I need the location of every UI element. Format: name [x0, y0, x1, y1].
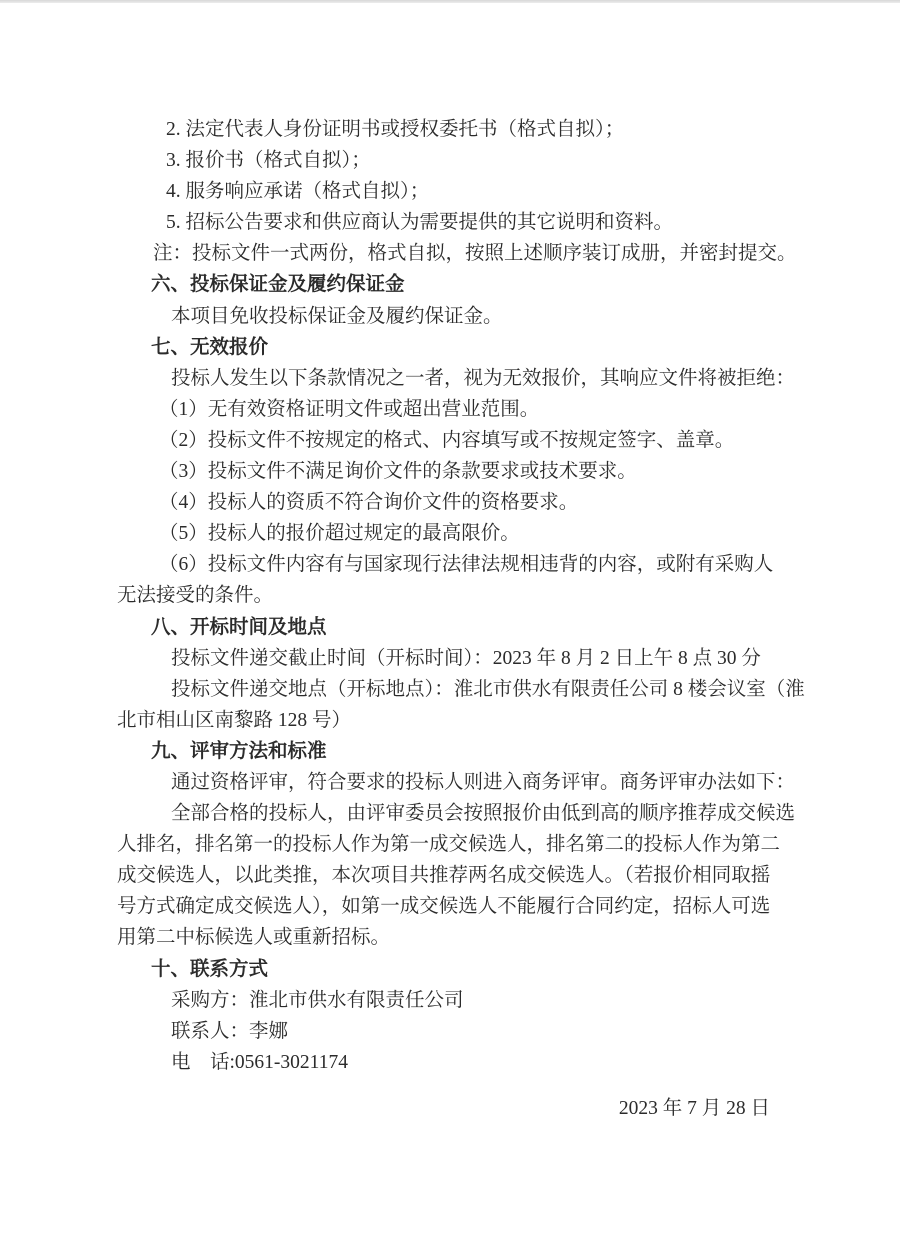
contact-buyer: 采购方：淮北市供水有限责任公司 [117, 985, 783, 1016]
section-9-detail-3: 成交候选人，以此类推，本次项目共推荐两名成交候选人。（若报价相同取摇 [117, 860, 783, 891]
heading-section-10: 十、联系方式 [117, 954, 783, 985]
document-date: 2023 年 7 月 28 日 [117, 1093, 783, 1124]
section-8-location: 投标文件递交地点（开标地点）：淮北市供水有限责任公司 8 楼会议室（淮 [117, 674, 783, 705]
invalid-quote-item-6: （6）投标文件内容有与国家现行法律法规相违背的内容，或附有采购人 [117, 549, 783, 580]
attachment-note: 注：投标文件一式两份，格式自拟，按照上述顺序装订成册，并密封提交。 [117, 238, 783, 269]
invalid-quote-item-4: （4）投标人的资质不符合询价文件的资格要求。 [117, 487, 783, 518]
invalid-quote-item-5: （5）投标人的报价超过规定的最高限价。 [117, 518, 783, 549]
section-7-intro: 投标人发生以下条款情况之一者，视为无效报价，其响应文件将被拒绝： [117, 363, 783, 394]
attachment-item-4: 4. 服务响应承诺（格式自拟）； [117, 176, 783, 207]
document-page: 2. 法定代表人身份证明书或授权委托书（格式自拟）； 3. 报价书（格式自拟）；… [0, 3, 900, 1124]
invalid-quote-item-1: （1）无有效资格证明文件或超出营业范围。 [117, 394, 783, 425]
section-9-detail-4: 号方式确定成交候选人），如第一成交候选人不能履行合同约定，招标人可选 [117, 891, 783, 922]
invalid-quote-item-2: （2）投标文件不按规定的格式、内容填写或不按规定签字、盖章。 [117, 425, 783, 456]
section-8-location-cont: 北市相山区南黎路 128 号） [117, 705, 783, 736]
attachment-item-3: 3. 报价书（格式自拟）； [117, 145, 783, 176]
section-8-deadline: 投标文件递交截止时间（开标时间）：2023 年 8 月 2 日上午 8 点 30… [117, 643, 783, 674]
section-9-detail-5: 用第二中标候选人或重新招标。 [117, 922, 783, 953]
heading-section-6: 六、投标保证金及履约保证金 [117, 269, 783, 300]
contact-phone: 电 话:0561-3021174 [117, 1047, 783, 1078]
section-9-detail-1: 全部合格的投标人，由评审委员会按照报价由低到高的顺序推荐成交候选 [117, 798, 783, 829]
heading-section-8: 八、开标时间及地点 [117, 612, 783, 643]
heading-section-9: 九、评审方法和标准 [117, 736, 783, 767]
attachment-item-2: 2. 法定代表人身份证明书或授权委托书（格式自拟）； [117, 114, 783, 145]
section-9-detail-2: 人排名，排名第一的投标人作为第一成交候选人，排名第二的投标人作为第二 [117, 829, 783, 860]
invalid-quote-item-6-cont: 无法接受的条件。 [117, 580, 783, 611]
section-9-intro: 通过资格评审，符合要求的投标人则进入商务评审。商务评审办法如下： [117, 767, 783, 798]
attachment-item-5: 5. 招标公告要求和供应商认为需要提供的其它说明和资料。 [117, 207, 783, 238]
heading-section-7: 七、无效报价 [117, 332, 783, 363]
section-6-body: 本项目免收投标保证金及履约保证金。 [117, 301, 783, 332]
invalid-quote-item-3: （3）投标文件不满足询价文件的条款要求或技术要求。 [117, 456, 783, 487]
contact-person: 联系人：李娜 [117, 1016, 783, 1047]
